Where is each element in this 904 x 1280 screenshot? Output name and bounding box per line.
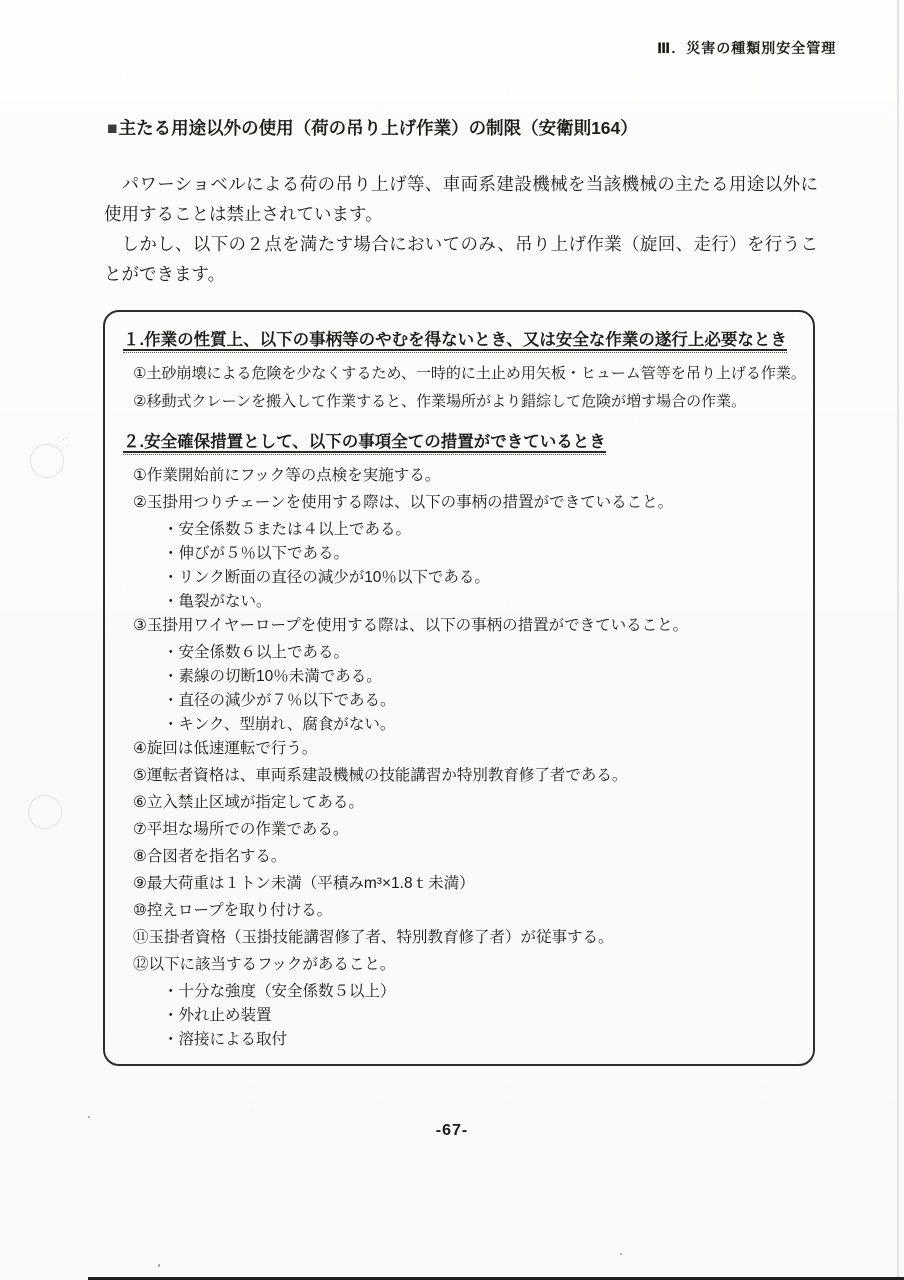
section2-item: ②玉掛用つりチェーンを使用する際は、以下の事柄の措置ができていること。 [133,491,803,515]
intro-paragraphs: パワーショベルによる荷の吊り上げ等、車両系建設機械を当該機械の主たる用途以外に使… [104,169,818,289]
section2-item: ⑤運転者資格は、車両系建設機械の技能講習か特別教育修了者である。 [133,764,803,788]
section2-subitem: ・安全係数６以上である。 [163,641,803,665]
section2-item: ⑫以下に該当するフックがあること。 [133,953,803,977]
punch-hole-mark [28,795,62,829]
square-bullet-icon: ■ [107,118,118,139]
scan-edge-shadow [897,0,899,1280]
section1-heading-text: １.作業の性質上、以下の事柄等のやむを得ないとき、又は安全な作業の遂行上必要なと… [123,331,787,351]
section2-subitem: ・十分な強度（安全係数５以上） [163,980,803,1004]
section1-item: ②移動式クレーンを搬入して作業すると、作業場所がより錯綜して危険が増す場合の作業… [133,390,803,414]
conditions-box: １.作業の性質上、以下の事柄等のやむを得ないとき、又は安全な作業の遂行上必要なと… [103,310,815,1066]
section2-heading: ２.安全確保措置として、以下の事項全ての措置ができているとき [123,430,803,454]
section2-subitem: ・素線の切断10％未満である。 [163,665,803,689]
section2-subitem: ・溶接による取付 [163,1028,803,1052]
section2-item: ⑪玉掛者資格（玉掛技能講習修了者、特別教育修了者）が従事する。 [133,926,803,950]
section2-item: ①作業開始前にフック等の点検を実施する。 [133,464,803,488]
section2-item: ③玉掛用ワイヤーロープを使用する際は、以下の事柄の措置ができていること。 [133,614,803,638]
page-number: -67- [0,1122,904,1140]
section2-item: ⑨最大荷重は１トン未満（平積みm³×1.8ｔ未満） [133,872,803,896]
section1-heading: １.作業の性質上、以下の事柄等のやむを得ないとき、又は安全な作業の遂行上必要なと… [123,328,803,352]
section2-subitem: ・キンク、型崩れ、腐食がない。 [163,713,803,737]
scan-speck [620,1253,622,1255]
section-spacer [121,418,803,428]
section2-subitem: ・リンク断面の直径の減少が10％以下である。 [163,566,803,590]
section2-subitem: ・伸びが５％以下である。 [163,542,803,566]
section2-subitem: ・直径の減少が７％以下である。 [163,689,803,713]
section2-heading-text: ２.安全確保措置として、以下の事項全ての措置ができているとき [123,433,606,453]
scan-speck [158,1264,160,1267]
section2-subitem: ・亀裂がない。 [163,590,803,614]
scan-speck [88,1116,90,1118]
page-title-text: 主たる用途以外の使用（荷の吊り上げ作業）の制限（安衛則164） [119,118,638,138]
section2-item: ⑦平坦な場所での作業である。 [133,818,803,842]
intro-paragraph-1: パワーショベルによる荷の吊り上げ等、車両系建設機械を当該機械の主たる用途以外に使… [104,169,818,229]
scanned-document-page: ········· Ⅲ．災害の種類別安全管理 ■主たる用途以外の使用（荷の吊り上… [0,0,904,1280]
section2-item: ⑧合図者を指名する。 [133,845,803,869]
page-running-header: Ⅲ．災害の種類別安全管理 [657,38,836,58]
section2-subitem: ・安全係数５または４以上である。 [163,518,803,542]
section2-item: ⑥立入禁止区域が指定してある。 [133,791,803,815]
intro-paragraph-2: しかし、以下の２点を満たす場合においてのみ、吊り上げ作業（旋回、走行）を行うこと… [104,229,818,289]
section2-item: ④旋回は低速運転で行う。 [133,737,803,761]
section2-item: ⑩控えロープを取り付ける。 [133,899,803,923]
section1-item: ①土砂崩壊による危険を少なくするため、一時的に土止め用矢板・ヒューム管等を吊り上… [133,362,803,386]
page-title: ■主たる用途以外の使用（荷の吊り上げ作業）の制限（安衛則164） [107,115,638,140]
section2-subitem: ・外れ止め装置 [163,1004,803,1028]
